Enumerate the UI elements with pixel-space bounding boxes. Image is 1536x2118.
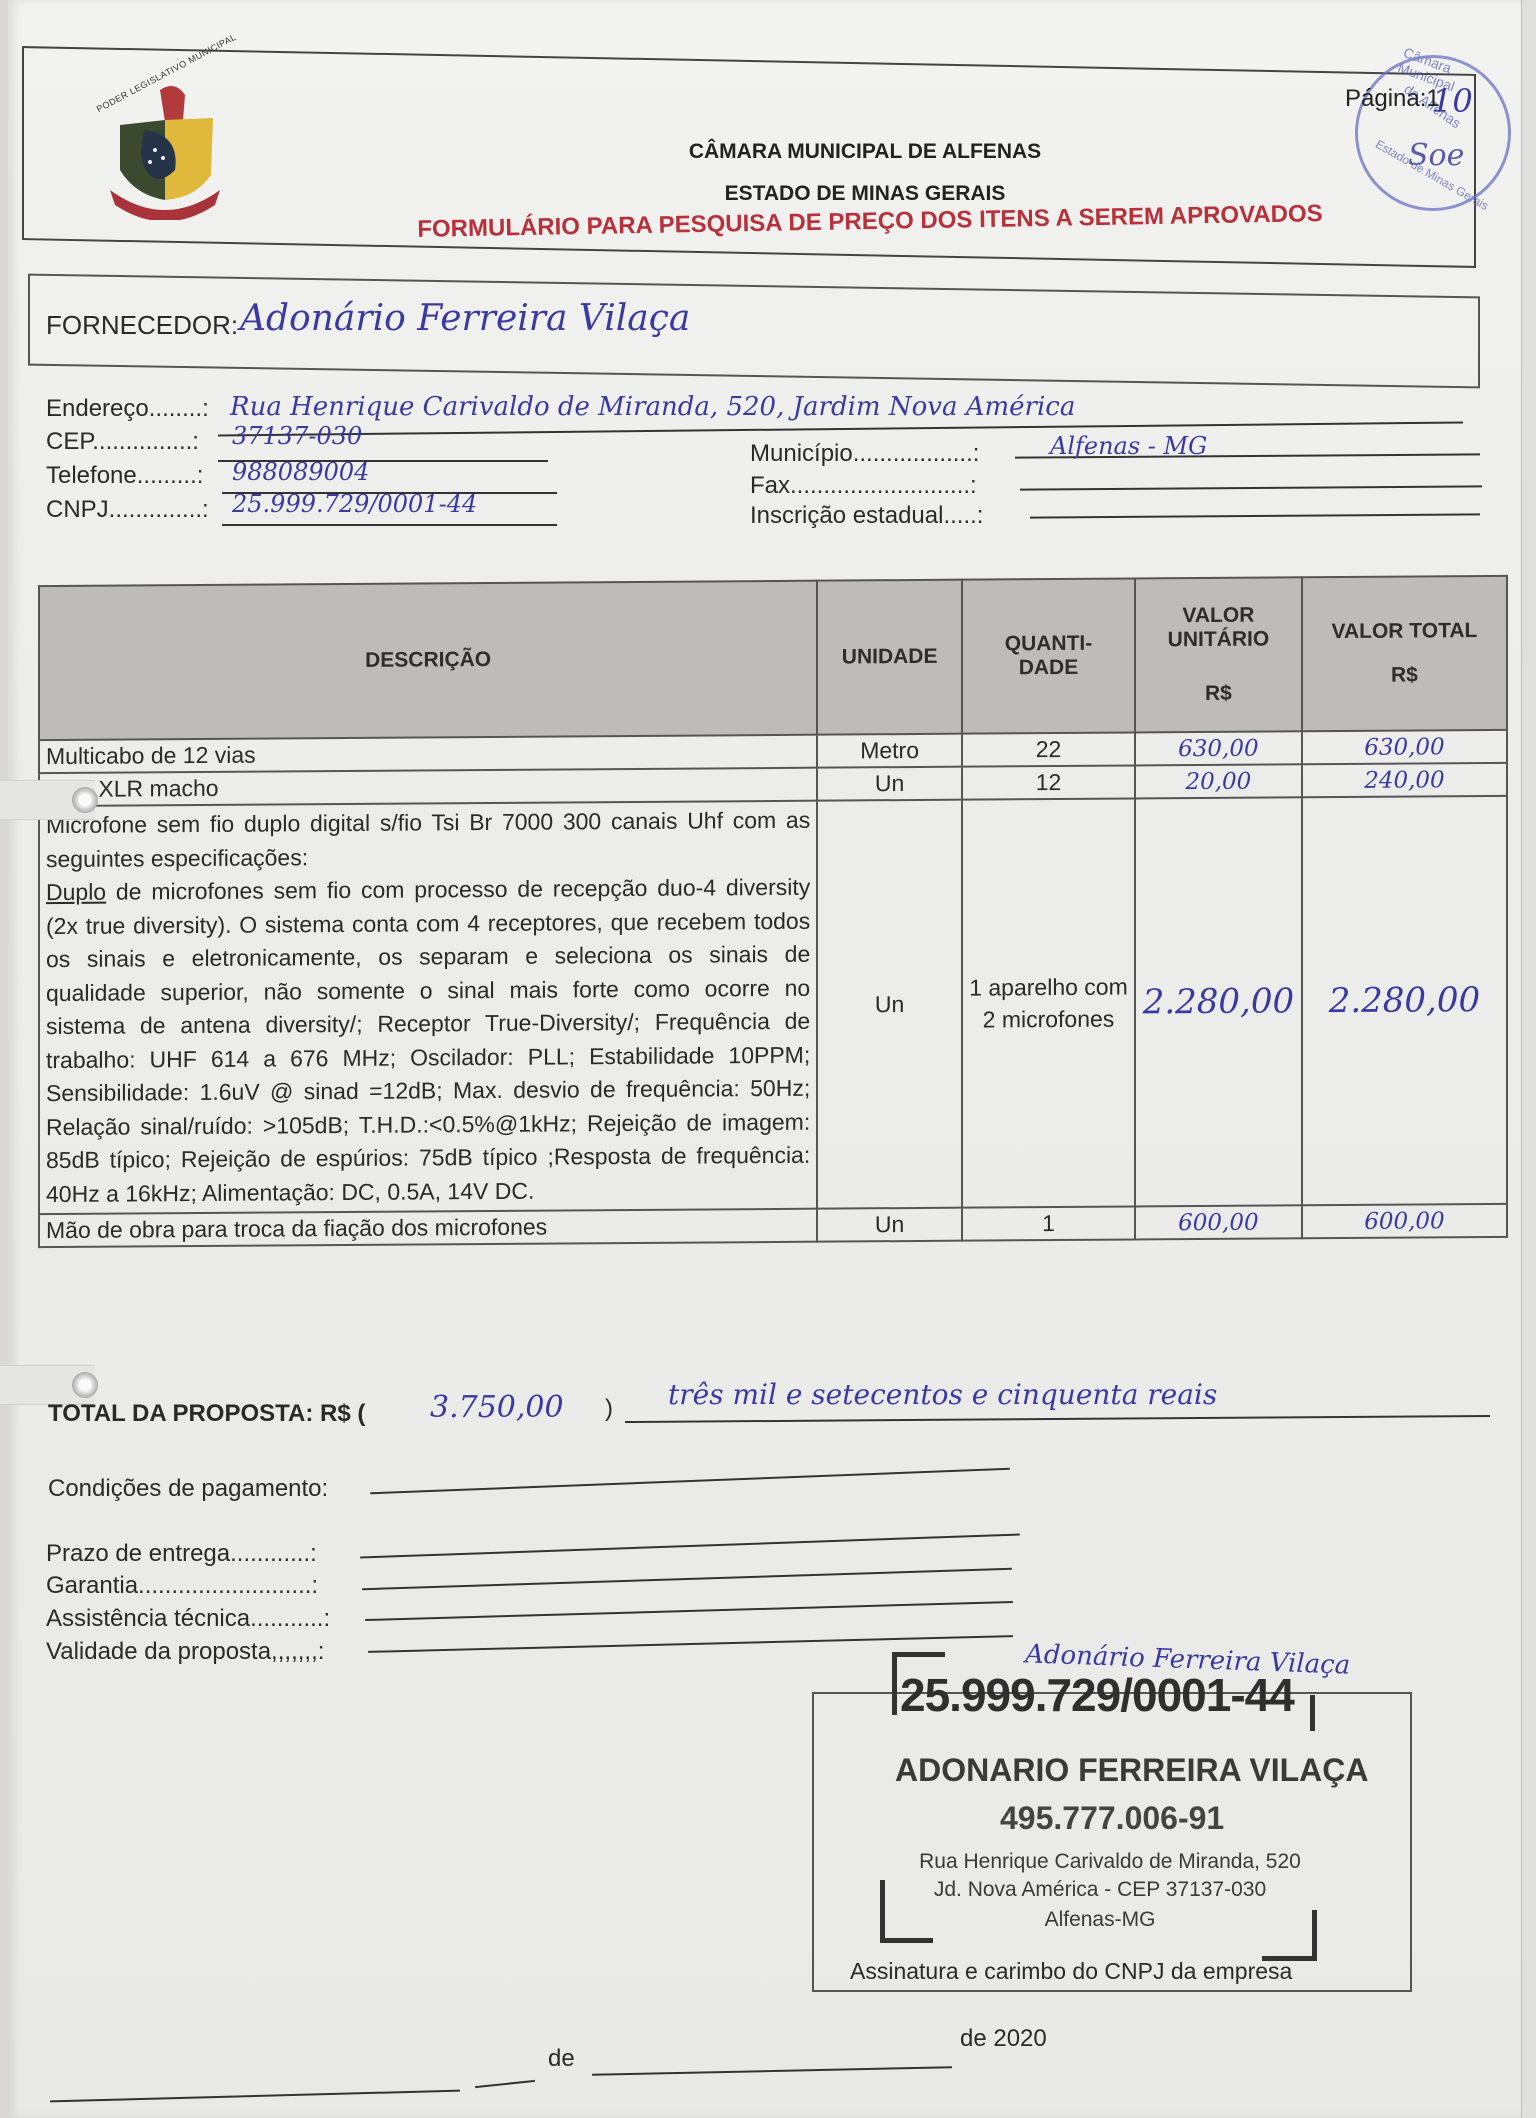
row-3-valor-total[interactable]: 2.280,00	[1302, 796, 1507, 1205]
header-valor-total-line-1: VALOR TOTAL	[1304, 619, 1505, 644]
stamp-name: ADONARIO FERREIRA VILAÇA	[895, 1752, 1368, 1789]
row-2-valor-total[interactable]: 240,00	[1302, 763, 1507, 797]
municipal-seal: Câmara Municipal de Alfenas Estado de Mi…	[1355, 55, 1511, 211]
prazo-label: Prazo de entrega............:	[46, 1540, 317, 1568]
cnpj-field[interactable]: 25.999.729/0001-44	[232, 490, 477, 518]
assistencia-label: Assistência técnica...........:	[46, 1605, 330, 1633]
row-1-valor-total[interactable]: 630,00	[1302, 730, 1507, 764]
page-number-handwritten: 10	[1432, 82, 1473, 120]
clip-ring-icon	[72, 1372, 98, 1398]
page-label-text: Página:	[1345, 85, 1426, 112]
seal-initials: Soe	[1408, 138, 1464, 173]
row-1-unidade: Metro	[817, 734, 962, 768]
page-label: Página:1	[1345, 85, 1440, 113]
header-valor-unitario-line-2: UNITÁRIO	[1137, 627, 1300, 652]
row-1-valor-unitario[interactable]: 630,00	[1135, 731, 1302, 765]
stamp-box	[812, 1692, 1412, 1992]
endereco-label: Endereço........:	[46, 395, 209, 423]
cep-field[interactable]: 37137-030	[232, 422, 362, 450]
items-table: DESCRIÇÃO UNIDADE QUANTI- DADE VALOR UNI…	[38, 575, 1508, 1248]
row-1-quantidade: 22	[962, 732, 1135, 766]
row-2-unidade: Un	[817, 767, 962, 801]
stamp-corner-top-right	[1310, 1695, 1315, 1731]
total-label-text: TOTAL DA PROPOSTA: R$ (	[48, 1400, 365, 1427]
row-3-descricao-underlined: Duplo	[46, 879, 106, 905]
row-4-valor-unitario[interactable]: 600,00	[1135, 1205, 1302, 1239]
header-valor-unitario: VALOR UNITÁRIO R$	[1135, 577, 1302, 732]
row-3-unidade: Un	[817, 800, 962, 1209]
row-3-descricao-intro: Microfone sem fio duplo digital s/fio Ts…	[46, 807, 810, 872]
supplier-name[interactable]: Adonário Ferreira Vilaça	[240, 298, 690, 339]
row-4-valor-total[interactable]: 600,00	[1302, 1204, 1507, 1238]
table-header-row: DESCRIÇÃO UNIDADE QUANTI- DADE VALOR UNI…	[39, 576, 1507, 740]
municipio-field[interactable]: Alfenas - MG	[1050, 432, 1207, 460]
page-edge	[1521, 0, 1536, 2118]
municipio-label: Município..................:	[750, 440, 979, 468]
items-table-wrapper: DESCRIÇÃO UNIDADE QUANTI- DADE VALOR UNI…	[38, 580, 1508, 1243]
cnpj-line	[222, 524, 557, 526]
binder-clip	[0, 780, 95, 820]
date-year-label: de 2020	[960, 2025, 1047, 2053]
header-valor-total: VALOR TOTAL R$	[1302, 576, 1507, 731]
row-3-valor-unitario[interactable]: 2.280,00	[1135, 797, 1302, 1206]
header-quantidade-line-2: DADE	[964, 655, 1133, 680]
table-row: Microfone sem fio duplo digital s/fio Ts…	[39, 796, 1507, 1214]
stamp-address-2: Jd. Nova América - CEP 37137-030	[850, 1878, 1350, 1902]
row-4-unidade: Un	[817, 1208, 962, 1242]
cnpj-label: CNPJ..............:	[46, 496, 209, 524]
cep-label: CEP...............:	[46, 428, 199, 456]
fax-label: Fax...........................:	[750, 472, 977, 500]
stamp-cnpj: 25.999.729/0001-44	[900, 1668, 1294, 1722]
supplier-label: FORNECEDOR:	[46, 310, 238, 341]
pagamento-label: Condições de pagamento:	[48, 1475, 328, 1503]
garantia-label: Garantia..........................:	[46, 1572, 318, 1600]
row-2-descricao: Plug XLR macho	[39, 768, 817, 806]
stamp-address-1: Rua Henrique Carivaldo de Miranda, 520	[860, 1850, 1360, 1874]
row-1-descricao: Multicabo de 12 vias	[39, 735, 817, 773]
row-4-quantidade: 1	[962, 1206, 1135, 1240]
total-label: TOTAL DA PROPOSTA: R$ (	[48, 1400, 365, 1428]
stamp-caption: Assinatura e carimbo do CNPJ da empresa	[850, 1958, 1292, 1985]
row-3-quantidade: 1 aparelho com 2 microfones	[962, 798, 1135, 1207]
row-4-descricao: Mão de obra para troca da fiação dos mic…	[39, 1209, 817, 1247]
row-3-descricao-body: de microfones sem fio com processo de re…	[46, 874, 810, 1207]
validade-label: Validade da proposta,,,,,,,:	[46, 1638, 324, 1666]
date-de-label: de	[548, 2045, 575, 2073]
total-close-paren: )	[605, 1395, 613, 1423]
header-valor-unitario-line-1: VALOR	[1137, 603, 1300, 628]
row-2-valor-unitario[interactable]: 20,00	[1135, 764, 1302, 798]
header-descricao: DESCRIÇÃO	[39, 581, 817, 740]
row-3-descricao: Microfone sem fio duplo digital s/fio Ts…	[39, 801, 817, 1214]
inscricao-label: Inscrição estadual.....:	[750, 502, 983, 530]
header-quantidade-line-1: QUANTI-	[964, 631, 1133, 656]
stamp-address-3: Alfenas-MG	[850, 1908, 1350, 1932]
row-2-quantidade: 12	[962, 765, 1135, 799]
header-valor-total-currency: R$	[1304, 663, 1505, 688]
header-valor-unitario-currency: R$	[1137, 681, 1300, 706]
total-in-words[interactable]: três mil e setecentos e cinquenta reais	[668, 1378, 1217, 1411]
header-quantidade: QUANTI- DADE	[962, 578, 1135, 733]
endereco-field[interactable]: Rua Henrique Carivaldo de Miranda, 520, …	[230, 392, 1075, 422]
org-name: CÂMARA MUNICIPAL DE ALFENAS	[465, 140, 1265, 164]
binder-clip	[0, 1365, 95, 1405]
total-value[interactable]: 3.750,00	[430, 1390, 564, 1425]
stamp-cpf: 495.777.006-91	[1000, 1800, 1224, 1837]
telefone-label: Telefone.........:	[46, 462, 203, 490]
clip-ring-icon	[72, 787, 98, 813]
telefone-field[interactable]: 988089004	[232, 458, 369, 486]
header-unidade: UNIDADE	[817, 580, 962, 735]
